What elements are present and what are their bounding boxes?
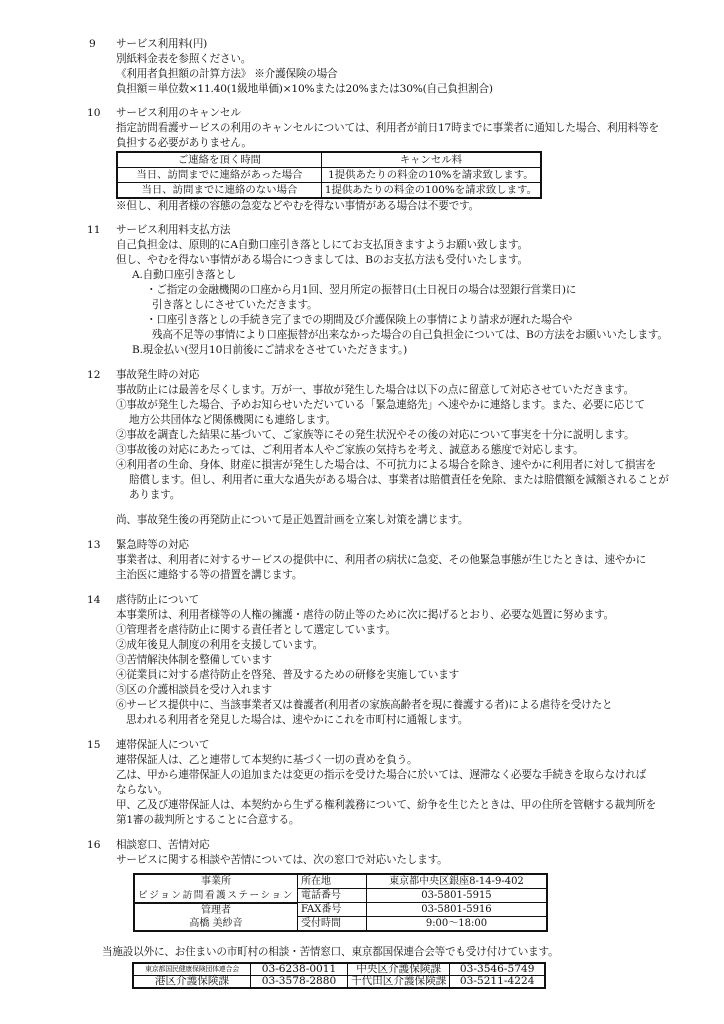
section-11-number: 11 — [87, 223, 100, 237]
org-name: 千代田区介護保険課 — [348, 976, 450, 989]
org-phone: 03-6238-0011 — [251, 963, 348, 976]
org-phone: 03-5211-4224 — [450, 976, 545, 989]
table-header-cell: ご連絡を頂く時間 — [117, 152, 321, 168]
office-label: 事業所 — [134, 874, 297, 889]
section-9-title: サービス利用料(円) — [116, 37, 207, 51]
section-14-item: ③苦情解決体制を整備しています — [116, 653, 272, 667]
table-row: 事業所 所在地 東京都中央区銀座8-14-9-402 — [134, 874, 547, 889]
table-row: 当日、訪問までに連絡があった場合 1提供あたりの料金の10%を請求致します。 — [117, 168, 541, 183]
section-12-item: ④利用者の生命、身体、財産に損害が発生した場合は、不可抗力による場合を除き、速や… — [116, 458, 656, 472]
table-row: 当日、訪問までに連絡のない場合 1提供あたりの料金の100%を請求致します。 — [117, 183, 541, 199]
section-11-line: 但し、やむを得ない事情がある場合につきましては、Bのお支払方法も受付いたします。 — [116, 253, 528, 267]
table-row: 管理者 FAX番号 03-5801-5916 — [134, 903, 547, 917]
section-12-item: 地方公共団体など関係機関にも連絡します。 — [129, 413, 336, 427]
contact-table: 事業所 所在地 東京都中央区銀座8-14-9-402 ビジョン訪問看護ステーショ… — [133, 873, 548, 932]
section-12-footer: 尚、事故発生後の再発防止について是正処置計画を立案し対策を講じます。 — [116, 513, 468, 527]
table-row: 港区介護保険課 03-3578-2880 千代田区介護保険課 03-5211-4… — [133, 976, 545, 989]
section-15-line: 連帯保証人は、乙と連帯して本契約に基づく一切の責めを負う。 — [116, 753, 417, 767]
table-header-row: ご連絡を頂く時間 キャンセル料 — [117, 152, 541, 168]
table-cell: 当日、訪問までに連絡があった場合 — [117, 168, 321, 183]
section-12-item: ②事故を調査した結果に基づいて、ご家族等にその発生状況やその後の対応について事実… — [116, 428, 634, 442]
payment-method-b-title: B.現金払い(翌月10日前後にご請求をさせていただきます。) — [132, 343, 407, 357]
contact-hours: 9:00～18:00 — [366, 917, 547, 932]
contact-field-label: 受付時間 — [297, 917, 366, 932]
manager-label: 管理者 — [134, 903, 297, 917]
table-header-cell: キャンセル料 — [321, 152, 541, 168]
section-9-line: 別紙料金表を参照ください。 — [116, 52, 251, 66]
payment-method-a-title: A.自動口座引き落とし — [132, 268, 236, 282]
section-11-title: サービス利用料支払方法 — [116, 223, 230, 237]
section-16-line: サービスに関する相談や苦情については、次の窓口で対応いたします。 — [116, 853, 448, 867]
contact-field-label: FAX番号 — [297, 903, 366, 917]
manager-name: 高橋 美紗音 — [134, 917, 297, 932]
table-row: 高橋 美紗音 受付時間 9:00～18:00 — [134, 917, 547, 932]
section-13-number: 13 — [87, 538, 100, 552]
section-11-line: 自己負担金は、原則的にA自動口座引き落としにてお支払頂きますようお願い致します。 — [116, 238, 528, 252]
org-phone: 03-3546-5749 — [450, 963, 545, 976]
org-phone: 03-3578-2880 — [251, 976, 348, 989]
other-contacts-table: 東京都国民健康保険団体連合会 03-6238-0011 中央区介護保険課 03-… — [132, 962, 546, 989]
contact-field-label: 所在地 — [297, 874, 366, 889]
section-12-item: あります。 — [129, 488, 180, 502]
section-15-number: 15 — [87, 738, 100, 752]
section-15-line: ならない。 — [116, 783, 168, 797]
payment-method-a-line: 残高不足等の事情により口座振替が出来なかった場合の自己負担金については、Bの方法… — [152, 328, 668, 342]
section-15-line: 乙は、甲から連帯保証人の追加または変更の指示を受けた場合に於いては、遅滞なく必要… — [116, 768, 646, 782]
section-13-title: 緊急時等の対応 — [116, 538, 189, 552]
section-14-item: ①管理者を虐待防止に関する責任者として選定しています。 — [116, 623, 396, 637]
org-name: 中央区介護保険課 — [348, 963, 450, 976]
section-16-title: 相談窓口、苦情対応 — [116, 838, 210, 852]
section-13-line: 事業者は、利用者に対するサービスの提供中に、利用者の病状に急変、その他緊急事態が… — [116, 553, 646, 567]
section-12-number: 12 — [87, 368, 100, 382]
office-name: ビジョン訪問看護ステーション — [134, 889, 297, 903]
section-14-intro: 本事業所は、利用者様等の人権の擁護・虐待の防止等のために次に掲げるとおり、必要な… — [116, 608, 614, 622]
section-14-title: 虐待防止について — [116, 593, 199, 607]
section-12-item: ①事故が発生した場合、予めお知らせいただいている「緊急連絡先」へ速やかに連絡しま… — [116, 398, 645, 412]
section-9-line: 《利用者負担額の計算方法》 ※介護保険の場合 — [116, 67, 337, 81]
section-13-line: 主治医に連絡する等の措置を講じます。 — [116, 568, 302, 582]
section-15-line: 甲、乙及び連帯保証人は、本契約から生ずる権利義務について、紛争を生じたときは、甲… — [116, 798, 656, 812]
section-14-number: 14 — [87, 593, 100, 607]
section-9-line: 負担額＝単位数×11.40(1級地単価)×10%または20%または30%(自己負… — [116, 82, 493, 96]
section-14-item: ②成年後見人制度の利用を支援しています。 — [116, 638, 323, 652]
other-contacts-note: 当施設以外に、お住まいの市町村の相談・苦情窓口、東京都国保連合会等でも受け付けて… — [102, 945, 558, 959]
section-10-note: ※但し、利用者様の容態の急変などやむを得ない事情がある場合は不要です。 — [116, 199, 479, 213]
section-10-number: 10 — [87, 106, 100, 120]
contact-address: 東京都中央区銀座8-14-9-402 — [366, 874, 547, 889]
section-12-item: 賠償します。但し、利用者に重大な過失がある場合は、事業者は賠償責任を免除、または… — [129, 473, 669, 487]
section-10-line: 指定訪問看護サービスの利用のキャンセルについては、利用者が前日17時までに事業者… — [116, 121, 659, 135]
section-9-number: 9 — [89, 37, 96, 51]
cancellation-fee-table: ご連絡を頂く時間 キャンセル料 当日、訪問までに連絡があった場合 1提供あたりの… — [116, 151, 542, 199]
table-cell: 1提供あたりの料金の10%を請求致します。 — [321, 168, 541, 183]
section-12-item: ③事故後の対応にあたっては、ご利用者本人やご家族の気持ちを考え、誠意ある態度で対… — [116, 443, 584, 457]
section-15-title: 連帯保証人について — [116, 738, 209, 752]
payment-method-a-line: 引き落としにさせていただきます。 — [152, 298, 317, 312]
org-name: 東京都国民健康保険団体連合会 — [133, 963, 251, 976]
document-page: 9 サービス利用料(円) 別紙料金表を参照ください。 《利用者負担額の計算方法》… — [0, 0, 724, 1024]
section-14-item: 思われる利用者を発見した場合は、速やかにこれを市町村に通報します。 — [126, 713, 468, 727]
contact-fax: 03-5801-5916 — [366, 903, 547, 917]
section-10-title: サービス利用のキャンセル — [116, 106, 241, 120]
org-name: 港区介護保険課 — [133, 976, 251, 989]
table-cell: 1提供あたりの料金の100%を請求致します。 — [321, 183, 541, 199]
table-row: ビジョン訪問看護ステーション 電話番号 03-5801-5915 — [134, 889, 547, 903]
table-row: 東京都国民健康保険団体連合会 03-6238-0011 中央区介護保険課 03-… — [133, 963, 545, 976]
section-16-number: 16 — [87, 838, 100, 852]
section-14-item: ④従業員に対する虐待防止を啓発、普及するための研修を実施しています — [116, 668, 459, 682]
contact-phone: 03-5801-5915 — [366, 889, 547, 903]
payment-method-a-line: ・ご指定の金融機関の口座から月1回、翌月所定の振替日(土日祝日の場合は翌銀行営業… — [146, 283, 576, 297]
section-10-line: 負担する必要がありません。 — [116, 136, 252, 150]
section-12-intro: 事故防止には最善を尽くします。万が一、事故が発生した場合は以下の点に留意して対応… — [116, 383, 634, 397]
contact-field-label: 電話番号 — [297, 889, 366, 903]
section-14-item: ⑥サービス提供中に、当該事業者又は養護者(利用者の家族高齢者を現に養護する者)に… — [116, 698, 612, 712]
section-15-line: 第1審の裁判所とすることに合意する。 — [116, 813, 299, 827]
section-12-title: 事故発生時の対応 — [116, 368, 199, 382]
table-cell: 当日、訪問までに連絡のない場合 — [117, 183, 321, 199]
section-14-item: ⑤区の介護相談員を受け入れます — [116, 683, 272, 697]
payment-method-a-line: ・口座引き落としの手続き完了までの期間及び介護保険上の事情により請求が遅れた場合… — [146, 313, 572, 327]
